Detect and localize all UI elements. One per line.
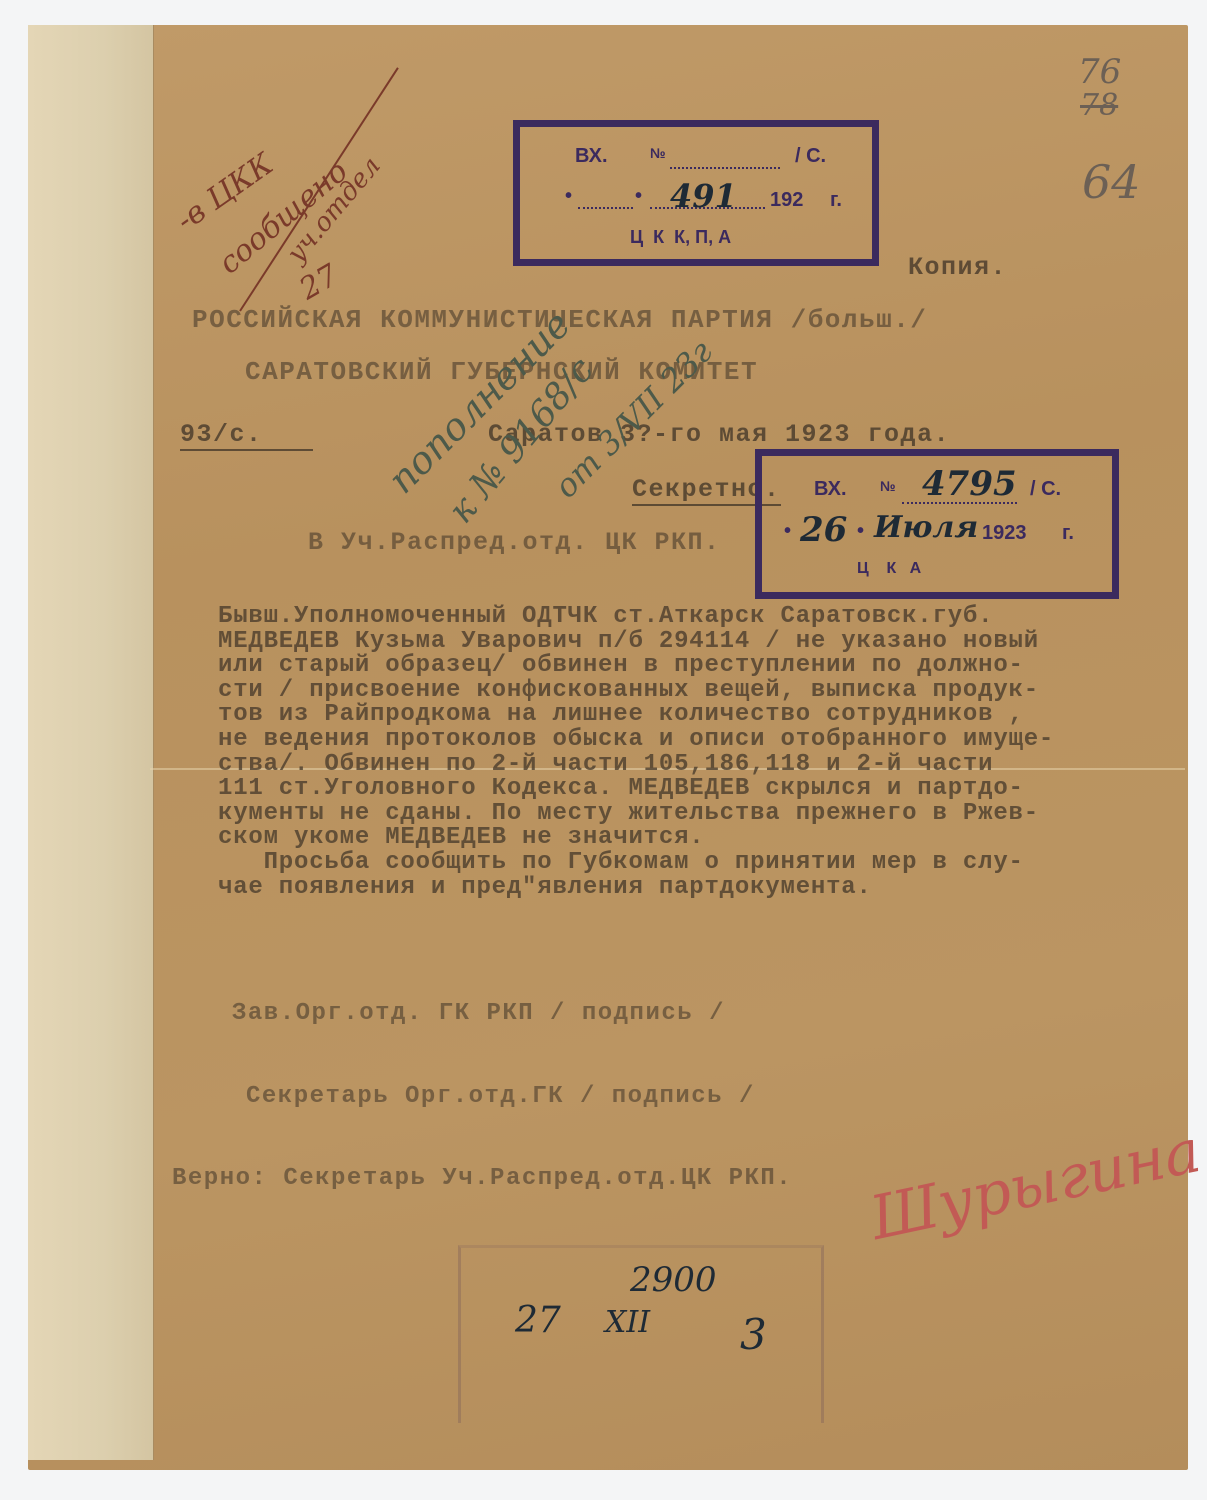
- stamp-mid-handwritten-number: 4795: [922, 464, 1017, 504]
- annotation-3: 3: [740, 1310, 767, 1359]
- body-line: МЕДВЕДЕВ Кузьма Уварович п/б 294114 / не…: [218, 630, 1178, 655]
- annotation-pencil-78: 78: [1080, 88, 1118, 123]
- body-line: Просьба сообщить по Губкомам о принятии …: [218, 851, 1178, 876]
- annotation-pencil-64: 64: [1082, 155, 1141, 209]
- incoming-stamp-top: ВХ. № / С. • • 192 г. Ц К К, П, А 491: [513, 120, 879, 266]
- document-body: Бывш.Уполномоченный ОДТЧК ст.Аткарск Сар…: [218, 605, 1178, 900]
- stamp-top-no: №: [650, 145, 666, 161]
- body-line: или старый образец/ обвинен в преступлен…: [218, 654, 1178, 679]
- stamp-top-year: 192: [770, 189, 803, 212]
- copy-label: Копия.: [908, 253, 1007, 282]
- body-line: ском укоме МЕДВЕДЕВ не значится.: [218, 826, 1178, 851]
- stamp-top-number-line: [670, 167, 780, 169]
- body-line: 111 ст.Уголовного Кодекса. МЕДВЕДЕВ скры…: [218, 777, 1178, 802]
- signature-line-secretary: Секретарь Орг.отд.ГК / подпись /: [246, 1083, 755, 1110]
- reference-number-text: 93/с.: [180, 420, 313, 451]
- body-line: кументы не сданы. По месту жительства пр…: [218, 802, 1178, 827]
- body-line: чае появления и пред"явления партдокумен…: [218, 876, 1178, 901]
- addressee: В Уч.Распред.отд. ЦК РКП.: [308, 528, 721, 557]
- stamp-mid-year: 1923: [982, 522, 1027, 545]
- stamp-top-day-line: [578, 207, 633, 209]
- body-line: ства/. Обвинен по 2-й части 105,186,118 …: [218, 753, 1178, 778]
- stamp-mid-vh: ВХ.: [814, 478, 847, 501]
- stamp-top-g: г.: [830, 189, 842, 212]
- stamp-mid-suffix: / С.: [1030, 478, 1061, 501]
- annotation-2900: 2900: [630, 1260, 717, 1300]
- stamp-mid-handwritten-month: Июля: [874, 510, 978, 545]
- certified-line: Верно: Секретарь Уч.Распред.отд.ЦК РКП.: [172, 1165, 792, 1192]
- annotation-month: XII: [605, 1305, 650, 1340]
- incoming-stamp-mid: ВХ. № / С. 4795 • 26 • Июля 1923 г. Ц К …: [755, 449, 1119, 599]
- stamp-top-suffix: / С.: [795, 145, 826, 168]
- signature-line-head: Зав.Орг.отд. ГК РКП / подпись /: [232, 1000, 725, 1027]
- stamp-mid-no: №: [880, 478, 896, 494]
- stamp-mid-g: г.: [1062, 522, 1074, 545]
- reference-number: 93/с.: [180, 420, 313, 449]
- body-line: тов из Райпродкома на лишнее количество …: [218, 703, 1178, 728]
- binding-tape: [28, 25, 154, 1460]
- stamp-top-org: Ц К К, П, А: [630, 227, 731, 248]
- body-line: Бывш.Уполномоченный ОДТЧК ст.Аткарск Сар…: [218, 605, 1178, 630]
- annotation-pencil-76: 76: [1078, 52, 1121, 92]
- stamp-mid-handwritten-day: 26: [800, 510, 847, 550]
- stamp-mid-org: Ц К А: [857, 560, 921, 578]
- stamp-top-vh: ВХ.: [575, 145, 608, 168]
- body-line: сти / присвоение конфискованных вещей, в…: [218, 679, 1178, 704]
- stamp-top-handwritten-number: 491: [670, 177, 737, 215]
- body-line: не ведения протоколов обыска и описи ото…: [218, 728, 1178, 753]
- annotation-27: 27: [515, 1300, 561, 1341]
